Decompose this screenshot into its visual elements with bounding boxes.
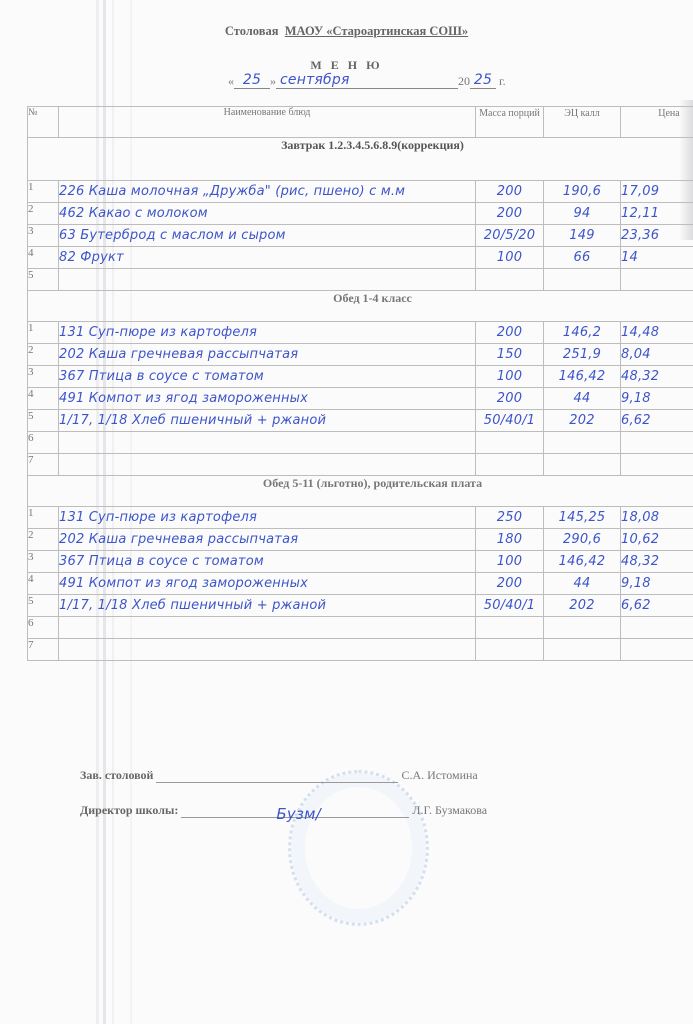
org-prefix: Столовая [225,24,279,38]
cell-mass [476,617,544,639]
cell-mass: 50/40/1 [476,410,544,432]
canteen-head-sign-blank [156,770,398,783]
cell-name: 63 Бутерброд с маслом и сыром [59,225,476,247]
cell-num: 3 [28,225,59,247]
table-row: 4491 Компот из ягод замороженных200449,1… [28,573,693,595]
director-signature-line: Директор школы: Бузм/ Л.Г. Бузмакова [80,803,487,818]
cell-price: 9,18 [621,388,693,410]
cell-price [621,639,693,661]
cell-num: 5 [28,595,59,617]
cell-name: 491 Компот из ягод замороженных [59,573,476,595]
cell-name: 202 Каша гречневая рассыпчатая [59,344,476,366]
cell-price: 8,04 [621,344,693,366]
column-header-num: № [28,107,59,138]
cell-mass: 100 [476,551,544,573]
date-year-suffix: 25 [470,72,496,89]
cell-kcal: 94 [544,203,621,225]
cell-mass: 250 [476,507,544,529]
table-row: 6 [28,432,693,454]
section-title: Завтрак 1.2.3.4.5.6.8.9(коррекция) [28,138,693,181]
cell-kcal: 202 [544,595,621,617]
cell-price: 6,62 [621,410,693,432]
table-row: 51/17, 1/18 Хлеб пшеничный + ржаной50/40… [28,410,693,432]
cell-num: 7 [28,639,59,661]
cell-price: 12,11 [621,203,693,225]
cell-kcal [544,639,621,661]
cell-num: 4 [28,247,59,269]
table-row: 1131 Суп-пюре из картофеля250145,2518,08 [28,507,693,529]
cell-name: 202 Каша гречневая рассыпчатая [59,529,476,551]
cell-price [621,454,693,476]
column-header-name: Наименование блюд [59,107,476,138]
director-name: Л.Г. Бузмакова [412,803,487,817]
table-row: 51/17, 1/18 Хлеб пшеничный + ржаной50/40… [28,595,693,617]
table-row: 3367 Птица в соусе с томатом100146,4248,… [28,366,693,388]
table-row: 7 [28,639,693,661]
cell-mass: 50/40/1 [476,595,544,617]
table-row: 4491 Компот из ягод замороженных200449,1… [28,388,693,410]
cell-kcal: 290,6 [544,529,621,551]
cell-price: 14 [621,247,693,269]
column-header-kcal: ЭЦ калл [544,107,621,138]
menu-table: № Наименование блюд Масса порций ЭЦ калл… [27,106,693,661]
cell-price: 14,48 [621,322,693,344]
cell-num: 1 [28,181,59,203]
section-header-row: Обед 5-11 (льготно), родительская плата [28,476,693,507]
table-row: 1131 Суп-пюре из картофеля200146,214,48 [28,322,693,344]
cell-kcal [544,269,621,291]
cell-mass [476,454,544,476]
table-row: 7 [28,454,693,476]
column-header-price: Цена [621,107,693,138]
cell-num: 2 [28,529,59,551]
table-row: 2202 Каша гречневая рассыпчатая180290,61… [28,529,693,551]
org-name: МАОУ «Староартинская СОШ» [285,24,468,38]
date-year-prefix: 20 [458,74,470,88]
cell-mass [476,432,544,454]
cell-price: 10,62 [621,529,693,551]
director-label: Директор школы: [80,803,178,817]
section-title: Обед 1-4 класс [28,291,693,322]
cell-price: 48,32 [621,551,693,573]
section-header-row: Обед 1-4 класс [28,291,693,322]
cell-mass: 200 [476,388,544,410]
cell-price: 48,32 [621,366,693,388]
cell-kcal: 202 [544,410,621,432]
section-title: Обед 5-11 (льготно), родительская плата [28,476,693,507]
cell-num: 6 [28,432,59,454]
cell-mass: 180 [476,529,544,551]
cell-price: 18,08 [621,507,693,529]
table-row: 482 Фрукт1006614 [28,247,693,269]
table-row: 3367 Птица в соусе с томатом100146,4248,… [28,551,693,573]
cell-num: 1 [28,322,59,344]
cell-name: 82 Фрукт [59,247,476,269]
cell-name: 367 Птица в соусе с томатом [59,551,476,573]
cell-num: 2 [28,344,59,366]
cell-name: 131 Суп-пюре из картофеля [59,322,476,344]
cell-name: 1/17, 1/18 Хлеб пшеничный + ржаной [59,595,476,617]
cell-mass: 200 [476,181,544,203]
cell-name [59,639,476,661]
cell-num: 3 [28,551,59,573]
cell-mass: 150 [476,344,544,366]
table-row: 6 [28,617,693,639]
cell-name: 491 Компот из ягод замороженных [59,388,476,410]
director-sign-blank: Бузм/ [181,805,409,818]
cell-name: 462 Какао с молоком [59,203,476,225]
org-title: Столовая МАОУ «Староартинская СОШ» [0,24,693,39]
cell-kcal: 149 [544,225,621,247]
cell-mass [476,639,544,661]
cell-name [59,432,476,454]
cell-price [621,617,693,639]
cell-name: 367 Птица в соусе с томатом [59,366,476,388]
cell-kcal: 146,2 [544,322,621,344]
cell-name [59,454,476,476]
cell-name: 226 Каша молочная „Дружба" (рис, пшено) … [59,181,476,203]
table-header-row: № Наименование блюд Масса порций ЭЦ калл… [28,107,693,138]
cell-kcal [544,454,621,476]
cell-kcal [544,432,621,454]
section-header-row: Завтрак 1.2.3.4.5.6.8.9(коррекция) [28,138,693,181]
date-month: сентября [276,72,458,89]
column-header-mass: Масса порций [476,107,544,138]
canteen-head-signature-line: Зав. столовой С.А. Истомина [80,768,478,783]
cell-num: 1 [28,507,59,529]
cell-price [621,269,693,291]
cell-mass: 200 [476,322,544,344]
table-row: 363 Бутерброд с маслом и сыром20/5/20149… [28,225,693,247]
cell-kcal: 146,42 [544,366,621,388]
table-row: 5 [28,269,693,291]
cell-num: 4 [28,573,59,595]
table-row: 2202 Каша гречневая рассыпчатая150251,98… [28,344,693,366]
cell-kcal: 251,9 [544,344,621,366]
cell-name [59,617,476,639]
cell-price [621,432,693,454]
date-line: «25»сентября2025 г. [228,72,506,89]
cell-mass: 200 [476,573,544,595]
canteen-head-name: С.А. Истомина [401,768,477,782]
cell-num: 5 [28,269,59,291]
cell-mass: 100 [476,366,544,388]
cell-kcal: 44 [544,388,621,410]
school-stamp [288,770,429,926]
cell-mass: 100 [476,247,544,269]
cell-mass: 20/5/20 [476,225,544,247]
cell-price: 23,36 [621,225,693,247]
cell-kcal [544,617,621,639]
date-day: 25 [234,72,270,89]
cell-kcal: 44 [544,573,621,595]
canteen-head-label: Зав. столовой [80,768,153,782]
cell-name: 131 Суп-пюре из картофеля [59,507,476,529]
date-year-unit: г. [499,74,506,88]
cell-num: 5 [28,410,59,432]
cell-kcal: 190,6 [544,181,621,203]
cell-kcal: 145,25 [544,507,621,529]
cell-kcal: 66 [544,247,621,269]
cell-kcal: 146,42 [544,551,621,573]
cell-name [59,269,476,291]
cell-num: 6 [28,617,59,639]
cell-mass [476,269,544,291]
table-row: 1226 Каша молочная „Дружба" (рис, пшено)… [28,181,693,203]
menu-title: М Е Н Ю [0,58,693,73]
table-row: 2462 Какао с молоком2009412,11 [28,203,693,225]
cell-num: 3 [28,366,59,388]
cell-name: 1/17, 1/18 Хлеб пшеничный + ржаной [59,410,476,432]
cell-num: 7 [28,454,59,476]
cell-price: 6,62 [621,595,693,617]
cell-price: 9,18 [621,573,693,595]
cell-mass: 200 [476,203,544,225]
cell-num: 2 [28,203,59,225]
director-signature: Бузм/ [276,805,321,823]
cell-price: 17,09 [621,181,693,203]
cell-num: 4 [28,388,59,410]
